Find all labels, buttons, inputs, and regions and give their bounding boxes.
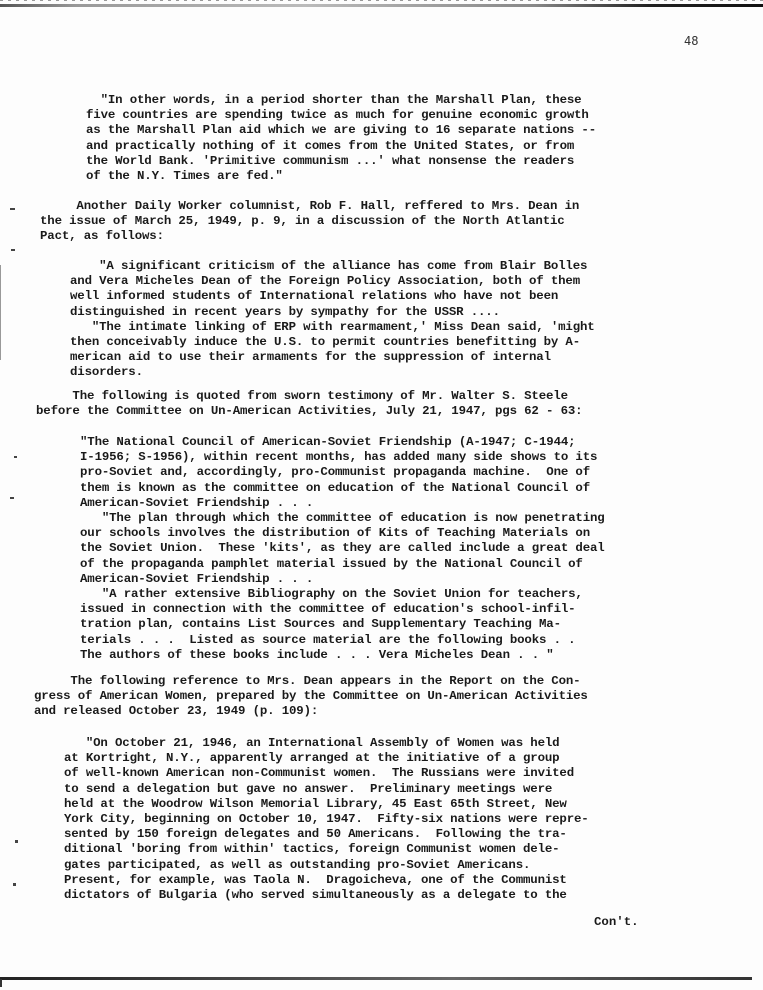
text-line: and Vera Micheles Dean of the Foreign Po… [70, 274, 595, 289]
text-line: of the propaganda pamphlet material issu… [80, 557, 605, 572]
continued-label: Con't. [594, 915, 639, 929]
quote-international-assembly: "On October 21, 1946, an International A… [64, 736, 589, 903]
margin-mark [10, 208, 15, 210]
text-line: distinguished in recent years by sympath… [70, 305, 595, 320]
margin-mark [15, 840, 18, 843]
text-line: as the Marshall Plan aid which we are gi… [86, 123, 596, 138]
text-line: of well-known American non-Communist wom… [64, 766, 589, 781]
text-line: sented by 150 foreign delegates and 50 A… [64, 827, 589, 842]
paragraph-steele-testimony: The following is quoted from sworn testi… [36, 389, 582, 419]
text-line: ditional 'boring from within' tactics, f… [64, 842, 589, 857]
quote-alliance-criticism: "A significant criticism of the alliance… [70, 259, 595, 381]
text-line: gress of American Women, prepared by the… [34, 689, 588, 704]
text-line: "The intimate linking of ERP with rearma… [70, 320, 595, 335]
text-line: and released October 23, 1949 (p. 109): [34, 704, 588, 719]
scan-top-rule [0, 4, 763, 7]
text-line: five countries are spending twice as muc… [86, 108, 596, 123]
text-line: "A rather extensive Bibliography on the … [80, 587, 605, 602]
text-line: and practically nothing of it comes from… [86, 139, 596, 154]
scan-bottom-rule [0, 977, 752, 980]
text-line: the Soviet Union. These 'kits', as they … [80, 541, 605, 556]
text-line: disorders. [70, 365, 595, 380]
scan-bottom-corner [0, 979, 2, 987]
text-line: The authors of these books include . . .… [80, 648, 605, 663]
margin-mark [0, 265, 1, 360]
text-line: then conceivably induce the U.S. to perm… [70, 335, 595, 350]
text-line: pro-Soviet and, accordingly, pro-Communi… [80, 465, 605, 480]
text-line: of the N.Y. Times are fed." [86, 169, 596, 184]
page-number: 48 [684, 34, 698, 48]
text-line: held at the Woodrow Wilson Memorial Libr… [64, 797, 589, 812]
quote-marshall-plan: "In other words, in a period shorter tha… [86, 93, 596, 184]
text-line: "In other words, in a period shorter tha… [86, 93, 596, 108]
text-line: well informed students of International … [70, 289, 595, 304]
text-line: The following is quoted from sworn testi… [36, 389, 582, 404]
text-line: at Kortright, N.Y., apparently arranged … [64, 751, 589, 766]
text-line: the World Bank. 'Primitive communism ...… [86, 154, 596, 169]
text-line: American-Soviet Friendship . . . [80, 572, 605, 587]
text-line: "On October 21, 1946, an International A… [64, 736, 589, 751]
margin-mark [10, 497, 14, 499]
paragraph-rob-hall: Another Daily Worker columnist, Rob F. H… [40, 199, 579, 245]
text-line: merican aid to use their armaments for t… [70, 350, 595, 365]
margin-mark [13, 883, 16, 886]
text-line: dictators of Bulgaria (who served simult… [64, 888, 589, 903]
paragraph-congress-american-women: The following reference to Mrs. Dean app… [34, 674, 588, 720]
quote-national-council: "The National Council of American-Soviet… [80, 435, 605, 663]
text-line: before the Committee on Un-American Acti… [36, 404, 582, 419]
text-line: "The plan through which the committee of… [80, 511, 605, 526]
text-line: American-Soviet Friendship . . . [80, 496, 605, 511]
text-line: our schools involves the distribution of… [80, 526, 605, 541]
text-line: the issue of March 25, 1949, p. 9, in a … [40, 214, 579, 229]
text-line: I-1956; S-1956), within recent months, h… [80, 450, 605, 465]
text-line: terials . . . Listed as source material … [80, 633, 605, 648]
margin-mark [11, 249, 15, 251]
text-line: Present, for example, was Taola N. Drago… [64, 873, 589, 888]
text-line: "The National Council of American-Soviet… [80, 435, 605, 450]
margin-mark [14, 456, 17, 458]
text-line: York City, beginning on October 10, 1947… [64, 812, 589, 827]
text-line: issued in connection with the committee … [80, 602, 605, 617]
text-line: them is known as the committee on educat… [80, 481, 605, 496]
text-line: Pact, as follows: [40, 229, 579, 244]
text-line: "A significant criticism of the alliance… [70, 259, 595, 274]
text-line: tration plan, contains List Sources and … [80, 617, 605, 632]
text-line: The following reference to Mrs. Dean app… [34, 674, 588, 689]
text-line: Another Daily Worker columnist, Rob F. H… [40, 199, 579, 214]
text-line: gates participated, as well as outstandi… [64, 858, 589, 873]
scan-top-edge [0, 0, 763, 1]
text-line: to send a delegation but gave no answer.… [64, 782, 589, 797]
